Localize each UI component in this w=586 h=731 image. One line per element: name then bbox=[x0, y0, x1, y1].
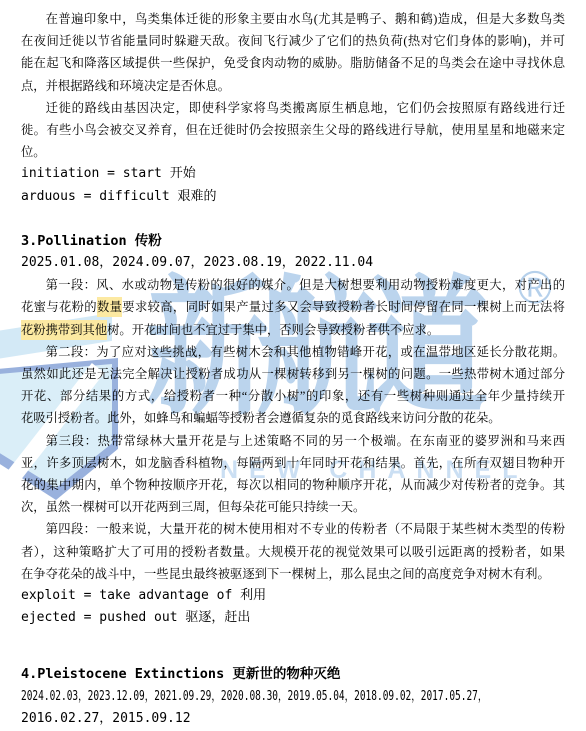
section-3-heading: 3.Pollination 传粉 bbox=[21, 230, 565, 252]
text-segment: 要求较高，同时如果产量过多又会导致授粉者长时间停留在同一棵树上而无法将 bbox=[122, 300, 565, 314]
paragraph-line: 第三段：热带常绿林大量开花是与上述策略不同的另一个极端。在东南亚的婆罗洲和马来西 bbox=[21, 430, 565, 452]
paragraph-line: 能在起飞和降落区域提供一些保护，免受食肉动物的威胁。脂肪储备不足的鸟类会在途中寻… bbox=[21, 52, 565, 74]
paragraph-line: 第二段：为了应对这些挑战，有些树木会和其他植物错峰开花，或在温带地区延长分散花期… bbox=[21, 341, 565, 363]
paragraph-line: 第一段：风、水或动物是传粉的很好的媒介。但是大树想要利用动物授粉难度更大，对产出… bbox=[21, 274, 565, 296]
paragraph-line: 开花、部分结果的方式，给授粉者一种“分散小树”的印象，还有一些树种则通过全年少量… bbox=[21, 385, 565, 407]
paragraph-line: 亚，许多顶层树木，如龙脑香科植物，每隔两到十年同时开花和结果。首先，在所有双翅目… bbox=[21, 452, 565, 474]
section-3-dates: 2025.01.08，2024.09.07，2023.08.19，2022.11… bbox=[21, 252, 565, 274]
vocab-arduous: arduous = difficult 艰难的 bbox=[21, 186, 565, 208]
text-segment: 树。开花时间也不宜过于集中，否则会导致授粉者供不应求。 bbox=[107, 323, 439, 337]
highlighted-text: 花粉携带到其他 bbox=[21, 320, 107, 340]
vocab-exploit: exploit = take advantage of 利用 bbox=[21, 585, 565, 607]
paragraph-line: 者），这种策略扩大了可用的授粉者数量。大规模开花的视觉效果可以吸引远距离的授粉者… bbox=[21, 541, 565, 563]
paragraph-line: 花粉携带到其他树。开花时间也不宜过于集中，否则会导致授粉者供不应求。 bbox=[21, 319, 565, 341]
paragraph-line: 虽然如此还是无法完全解决让授粉者成功从一棵树转移到另一棵树的问题。一些热带树木通… bbox=[21, 363, 565, 385]
paragraph-line: 花的集中期内，单个物种按顺序开花，每次以相同的物种顺序开花，从而减少对传粉者的竞… bbox=[21, 474, 565, 496]
paragraph-line: 迁徙的路线由基因决定，即使科学家将鸟类搬离原生栖息地，它们仍会按照原有路线进行迁 bbox=[21, 97, 565, 119]
section-4-dates-line-1: 2024.02.03，2023.12.09，2021.09.29，2020.08… bbox=[21, 686, 418, 708]
document-page: 新航道 ® NEW CHANNEL 在普遍印象中，鸟类集体迁徙的形象主要由水鸟(… bbox=[0, 0, 586, 731]
vocab-ejected: ejected = pushed out 驱逐，赶出 bbox=[21, 607, 565, 629]
paragraph-line: 第四段：一般来说，大量开花的树木使用相对不专业的传粉者（不局限于某些树木类型的传… bbox=[21, 518, 565, 540]
paragraph-line: 在普遍印象中，鸟类集体迁徙的形象主要由水鸟(尤其是鸭子、鹅和鹤)造成，但是大多数… bbox=[21, 8, 565, 30]
paragraph-line: 在争夺花朵的战斗中，一些昆虫最终被驱逐到下一棵树上，那么昆虫之间的高度竞争对树木… bbox=[21, 563, 565, 585]
paragraph-line: 位。 bbox=[21, 141, 565, 163]
vocab-initiation: initiation = start 开始 bbox=[21, 163, 565, 185]
paragraph-line: 次，虽然一棵树可以开花两到三周，但每朵花可能只持续一天。 bbox=[21, 496, 565, 518]
highlighted-text: 数量 bbox=[97, 297, 122, 317]
section-4-dates-line-2: 2016.02.27，2015.09.12 bbox=[21, 708, 565, 730]
section-4-heading: 4.Pleistocene Extinctions 更新世的物种灭绝 bbox=[21, 663, 565, 685]
paragraph-line: 徙。有些小鸟会被交叉养育，但在迁徙时仍会按照亲生父母的路线进行导航，使用星星和地… bbox=[21, 119, 565, 141]
document-text: 在普遍印象中，鸟类集体迁徙的形象主要由水鸟(尤其是鸭子、鹅和鹤)造成，但是大多数… bbox=[0, 0, 586, 730]
text-segment: 花蜜与花粉的 bbox=[21, 300, 97, 314]
paragraph-line: 花蜜与花粉的数量要求较高，同时如果产量过多又会导致授粉者长时间停留在同一棵树上而… bbox=[21, 296, 565, 318]
paragraph-line: 花吸引授粉者。此外，如蜂鸟和蝙蝠等授粉者会遵循复杂的觅食路线来访问分散的花朵。 bbox=[21, 407, 565, 429]
paragraph-line: 点，并根据路线和环境决定是否休息。 bbox=[21, 75, 565, 97]
paragraph-line: 在夜间迁徙以节省能量同时躲避天敌。夜间飞行减少了它们的热负荷(热对它们身体的影响… bbox=[21, 30, 565, 52]
